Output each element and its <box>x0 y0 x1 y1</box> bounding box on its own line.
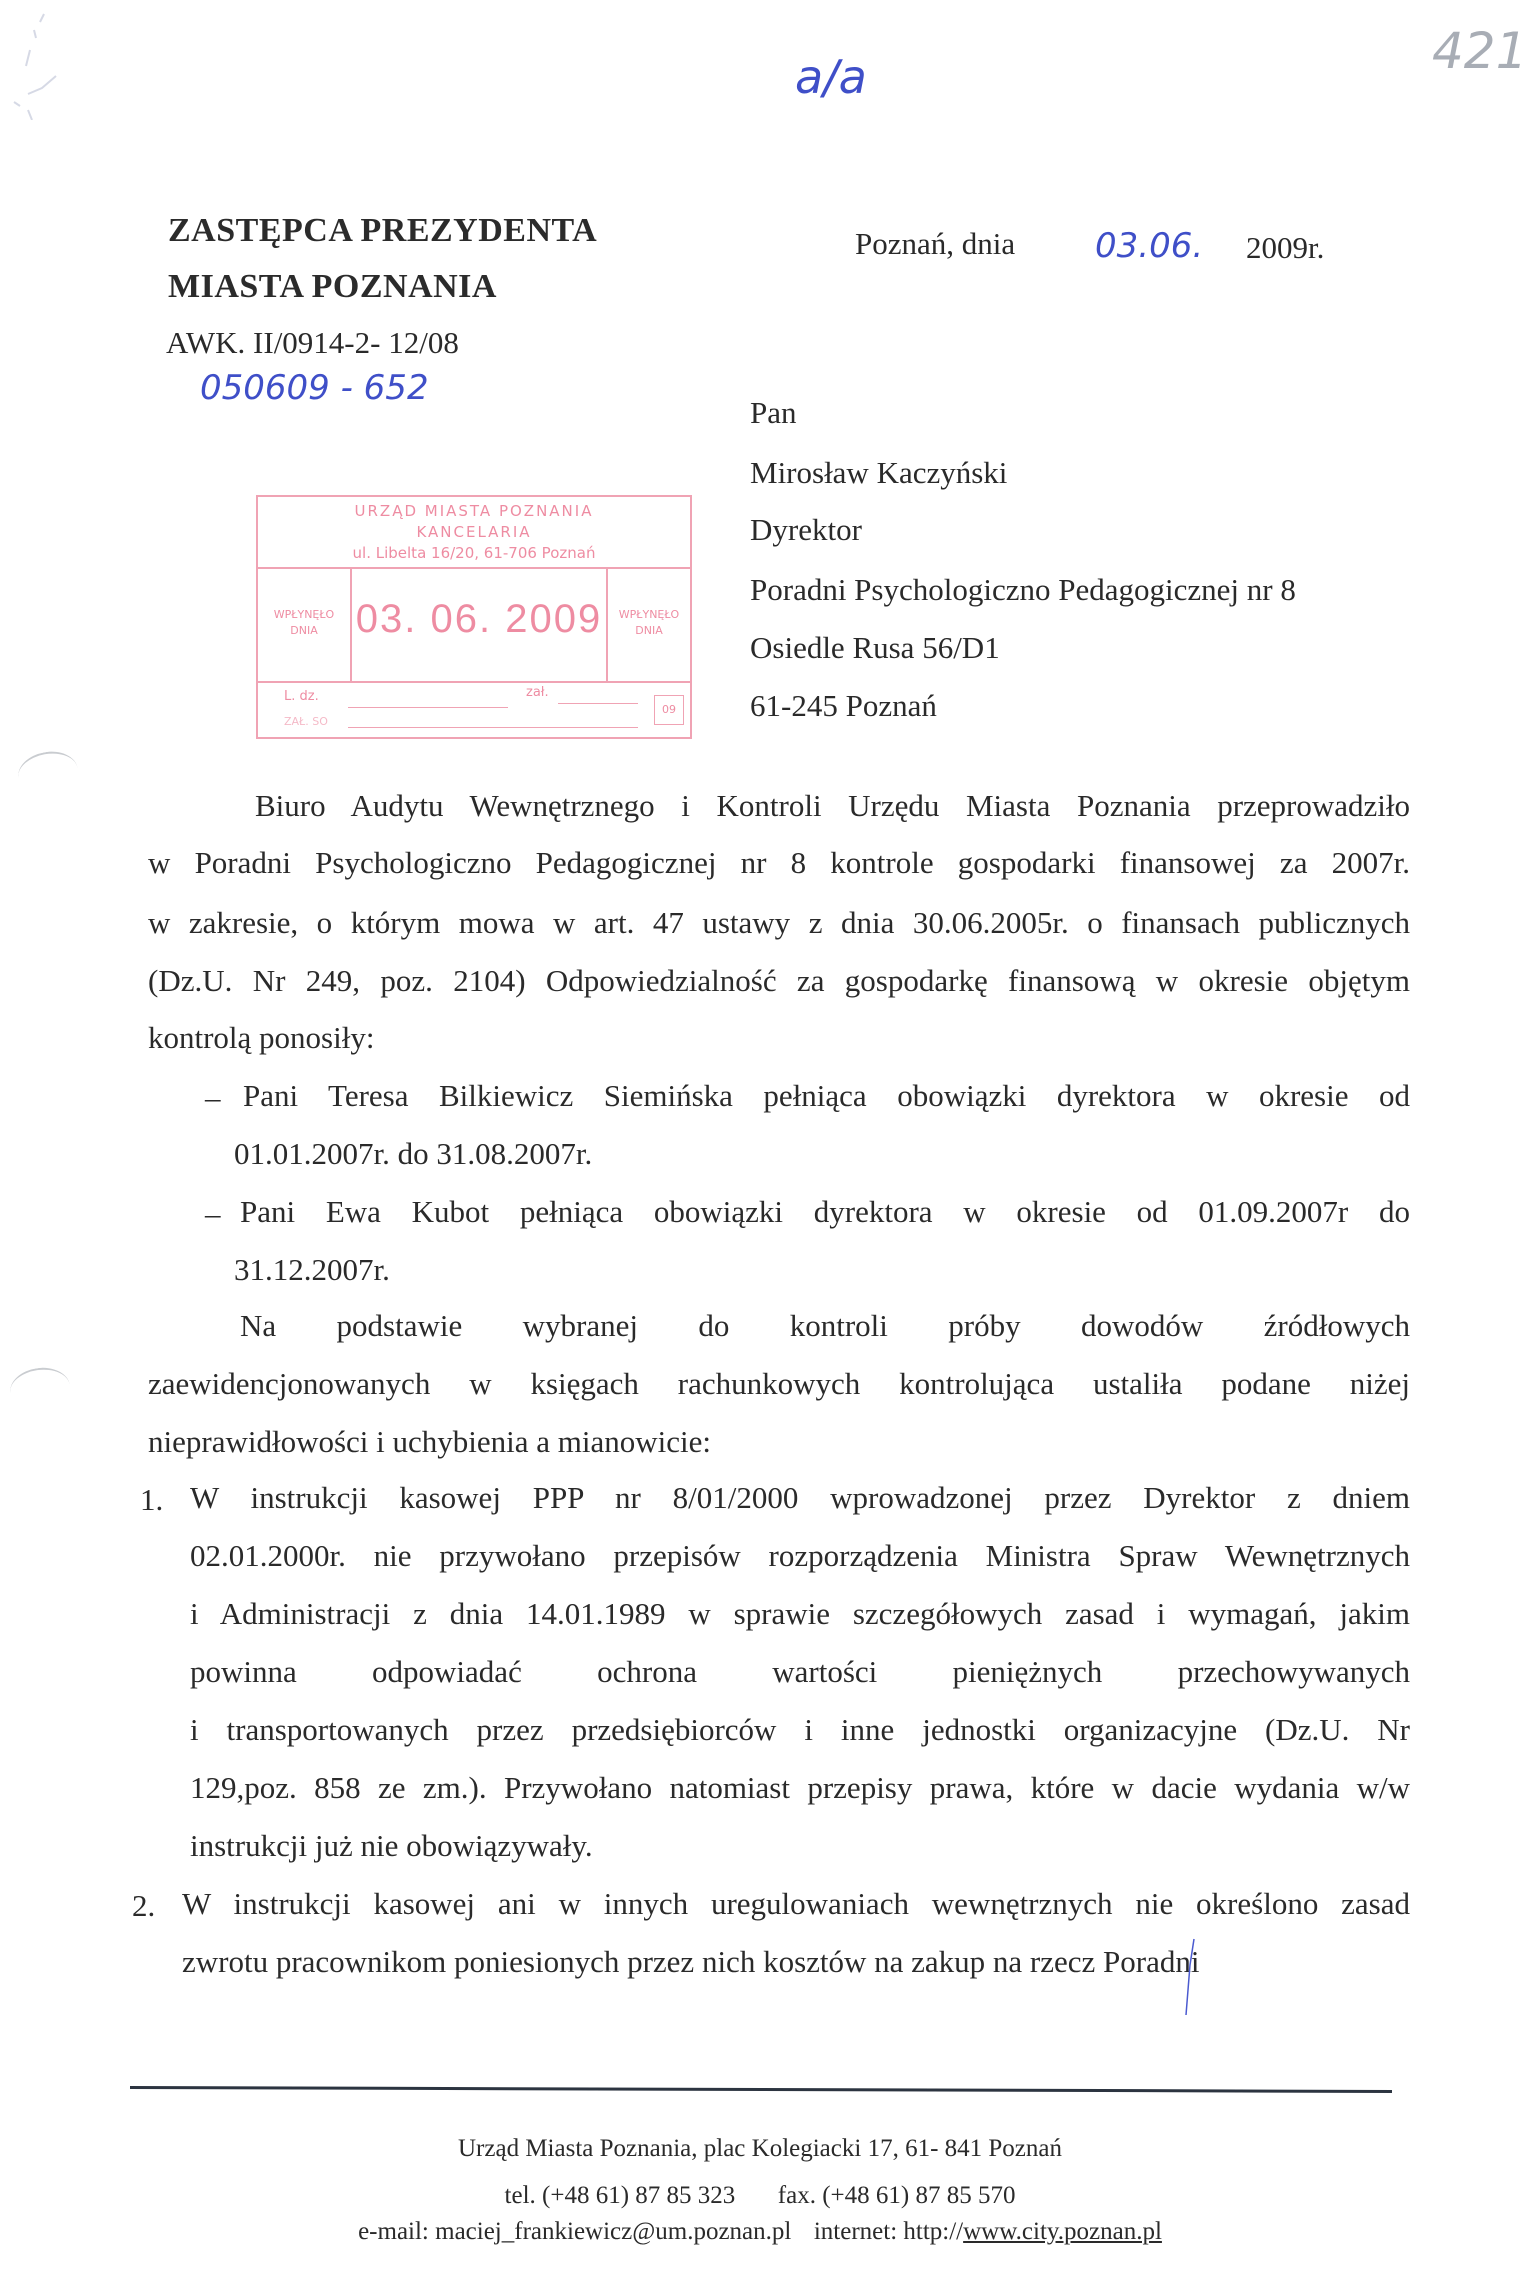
date-year: 2009r. <box>1246 230 1324 266</box>
body-line: kontrolą ponosiły: <box>148 1022 1410 1053</box>
handwritten-stroke <box>1180 1935 1200 2025</box>
body-line: zaewidencjonowanych w księgach rachunkow… <box>148 1368 1410 1399</box>
finding-line: 129,poz. 858 ze zm.). Przywołano natomia… <box>190 1772 1410 1803</box>
handwritten-a-slash-a: a/a <box>795 50 867 104</box>
stamp-zal-line <box>348 727 638 728</box>
addressee-title: Dyrektor <box>750 512 862 548</box>
stamp-received-label-left: WPŁYNĘŁO DNIA <box>258 569 352 681</box>
body-line: nieprawidłowości i uchybienia a mianowic… <box>148 1426 1410 1457</box>
finding-number: 1. <box>140 1482 163 1518</box>
punch-hole-mark <box>7 1364 72 1414</box>
finding-line: i Administracji z dnia 14.01.1989 w spra… <box>190 1598 1410 1629</box>
list-item: 01.01.2007r. do 31.08.2007r. <box>234 1138 1496 1169</box>
body-line: Na podstawie wybranej do kontroli próby … <box>240 1310 1410 1341</box>
footer-web: e-mail: maciej_frankiewicz@um.poznan.pl … <box>0 2218 1520 2246</box>
footer-tel: tel. (+48 61) 87 85 323 <box>505 2182 736 2209</box>
footer-fax: fax. (+48 61) 87 85 570 <box>778 2182 1016 2209</box>
footer-internet-label: internet: http:// <box>814 2218 963 2245</box>
punch-hole-mark <box>15 747 81 799</box>
list-item: Pani Teresa Bilkiewicz Siemińska pełniąc… <box>243 1080 1410 1111</box>
stamp-date-row: WPŁYNĘŁO DNIA 03. 06. 2009 WPŁYNĘŁO DNIA <box>258 569 690 683</box>
addressee-street: Osiedle Rusa 56/D1 <box>750 630 1000 666</box>
stamp-address: ul. Libelta 16/20, 61-706 Poznań <box>258 543 690 564</box>
stamp-header: URZĄD MIASTA POZNANIA KANCELARIA ul. Lib… <box>258 497 690 569</box>
stamp-ldz-line <box>348 707 508 708</box>
addressee-name: Mirosław Kaczyński <box>750 455 1007 491</box>
stamp-received-label-right: WPŁYNĘŁO DNIA <box>606 569 690 681</box>
stamp-number-box: 09 <box>654 695 684 725</box>
body-line: Biuro Audytu Wewnętrznego i Kontroli Urz… <box>255 790 1410 821</box>
sender-title-line1: ZASTĘPCA PREZYDENTA <box>168 212 597 250</box>
stamp-received-date: 03. 06. 2009 <box>354 597 604 642</box>
footer-address: Urząd Miasta Poznania, plac Kolegiacki 1… <box>0 2135 1520 2163</box>
body-line: (Dz.U. Nr 249, poz. 2104) Odpowiedzialno… <box>148 965 1410 996</box>
sender-title-line2: MIASTA POZNANIA <box>168 268 497 306</box>
footer-divider <box>130 2086 1392 2093</box>
scan-artifact <box>6 10 66 120</box>
body-line: w Poradni Psychologiczno Pedagogicznej n… <box>148 847 1410 878</box>
finding-number: 2. <box>132 1888 155 1924</box>
addressee-city: 61-245 Poznań <box>750 688 937 724</box>
finding-line: W instrukcji kasowej PPP nr 8/01/2000 wp… <box>190 1482 1410 1513</box>
stamp-department: KANCELARIA <box>258 522 690 543</box>
body-line: w zakresie, o którym mowa w art. 47 usta… <box>148 907 1410 938</box>
finding-line: 02.01.2000r. nie przywołano przepisów ro… <box>190 1540 1410 1571</box>
list-bullet: – <box>205 1080 221 1116</box>
reference-number: AWK. II/0914-2- 12/08 <box>166 325 459 361</box>
handwritten-reference: 050609 - 652 <box>200 368 429 408</box>
finding-line: i transportowanych przez przedsiębiorców… <box>190 1714 1410 1745</box>
footer-website-link[interactable]: www.city.poznan.pl <box>963 2218 1162 2245</box>
addressee-salutation: Pan <box>750 395 797 431</box>
finding-line: instrukcji już nie obowiązywały. <box>190 1830 1410 1861</box>
stamp-attachment-label: zał. <box>526 685 549 700</box>
finding-line: zwrotu pracownikom poniesionych przez ni… <box>182 1946 1444 1977</box>
addressee-institution: Poradni Psychologiczno Pedagogicznej nr … <box>750 572 1296 608</box>
handwritten-page-number: 421 <box>1432 22 1520 80</box>
stamp-zal-label: ZAŁ. SO <box>284 715 328 728</box>
date-place: Poznań, dnia <box>855 226 1015 262</box>
handwritten-date: 03.06. <box>1095 226 1203 266</box>
footer-email[interactable]: e-mail: maciej_frankiewicz@um.poznan.pl <box>358 2218 791 2245</box>
stamp-attachment-line <box>558 703 638 704</box>
stamp-office: URZĄD MIASTA POZNANIA <box>258 501 690 522</box>
stamp-registry-row: L. dz. zał. 09 ZAŁ. SO <box>258 681 690 737</box>
finding-line: powinna odpowiadać ochrona wartości pien… <box>190 1656 1410 1687</box>
list-item: Pani Ewa Kubot pełniąca obowiązki dyrekt… <box>240 1196 1410 1227</box>
footer-contact: tel. (+48 61) 87 85 323 fax. (+48 61) 87… <box>0 2182 1520 2210</box>
finding-line: W instrukcji kasowej ani w innych uregul… <box>182 1888 1410 1919</box>
registry-stamp: URZĄD MIASTA POZNANIA KANCELARIA ul. Lib… <box>256 495 692 739</box>
list-bullet: – <box>205 1196 221 1232</box>
list-item: 31.12.2007r. <box>234 1254 1496 1285</box>
stamp-ldz-label: L. dz. <box>284 689 319 704</box>
